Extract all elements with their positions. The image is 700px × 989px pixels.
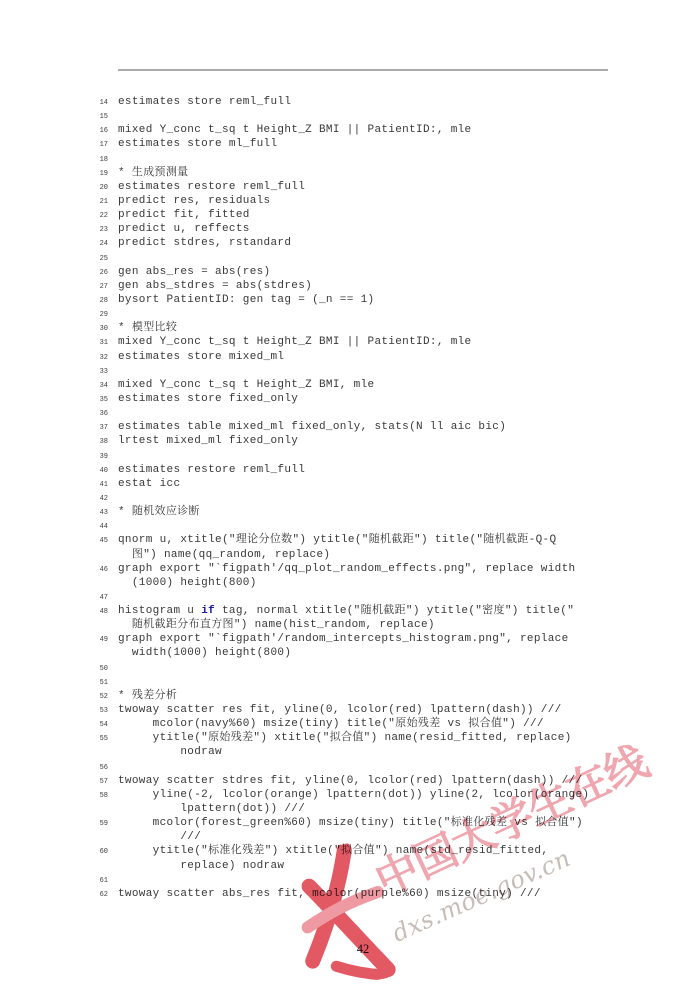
code-text: estimates restore reml_full — [118, 180, 305, 194]
code-row: 33 — [95, 364, 655, 378]
code-row: lpattern(dot)) /// — [95, 802, 655, 816]
code-row: 50 — [95, 661, 655, 675]
code-text: graph export "`figpath'/qq_plot_random_e… — [118, 562, 575, 576]
line-number: 46 — [95, 562, 108, 576]
code-text: mcolor(forest_green%60) msize(tiny) titl… — [118, 816, 583, 830]
code-row: 26gen abs_res = abs(res) — [95, 265, 655, 279]
code-text: bysort PatientID: gen tag = (_n == 1) — [118, 293, 374, 307]
line-number: 44 — [95, 519, 108, 533]
code-row: 49graph export "`figpath'/random_interce… — [95, 632, 655, 646]
code-text: ytitle("标准化残差") xtitle("拟合值") name(std_r… — [118, 844, 548, 858]
line-number: 53 — [95, 703, 108, 717]
line-number — [95, 745, 108, 759]
line-number — [95, 830, 108, 844]
line-number: 42 — [95, 491, 108, 505]
code-text: predict res, residuals — [118, 194, 270, 208]
code-row: 46graph export "`figpath'/qq_plot_random… — [95, 562, 655, 576]
code-text: /// — [118, 830, 201, 844]
line-number: 33 — [95, 364, 108, 378]
code-text: nodraw — [118, 745, 222, 759]
code-row: /// — [95, 830, 655, 844]
code-row: 34mixed Y_conc t_sq t Height_Z BMI, mle — [95, 378, 655, 392]
line-number: 37 — [95, 420, 108, 434]
line-number: 60 — [95, 844, 108, 858]
code-row: 14estimates store reml_full — [95, 95, 655, 109]
code-row: 52* 残差分析 — [95, 689, 655, 703]
code-text: mcolor(navy%60) msize(tiny) title("原始残差 … — [118, 717, 544, 731]
code-row: 24predict stdres, rstandard — [95, 236, 655, 250]
code-row: 53twoway scatter res fit, yline(0, lcolo… — [95, 703, 655, 717]
code-text: twoway scatter abs_res fit, mcolor(purpl… — [118, 887, 541, 901]
line-number: 61 — [95, 873, 108, 887]
code-text: twoway scatter stdres fit, yline(0, lcol… — [118, 774, 582, 788]
line-number: 16 — [95, 123, 108, 137]
code-row: 40estimates restore reml_full — [95, 463, 655, 477]
code-row: 57twoway scatter stdres fit, yline(0, lc… — [95, 774, 655, 788]
code-row: 29 — [95, 307, 655, 321]
code-text: 图") name(qq_random, replace) — [118, 548, 330, 562]
code-text: estimates table mixed_ml fixed_only, sta… — [118, 420, 506, 434]
code-text: replace) nodraw — [118, 859, 284, 873]
code-row: replace) nodraw — [95, 859, 655, 873]
code-row: 58 yline(-2, lcolor(orange) lpattern(dot… — [95, 788, 655, 802]
line-number: 32 — [95, 350, 108, 364]
line-number: 38 — [95, 434, 108, 448]
code-text: estimates store ml_full — [118, 137, 277, 151]
code-row: 21predict res, residuals — [95, 194, 655, 208]
line-number: 26 — [95, 265, 108, 279]
line-number — [95, 548, 108, 562]
code-text: estimates store fixed_only — [118, 392, 298, 406]
header-rule — [118, 69, 608, 71]
code-row: 19* 生成预测量 — [95, 166, 655, 180]
code-text: estimates store mixed_ml — [118, 350, 284, 364]
code-text: estimates restore reml_full — [118, 463, 305, 477]
line-number: 40 — [95, 463, 108, 477]
code-text: mixed Y_conc t_sq t Height_Z BMI || Pati… — [118, 123, 471, 137]
line-number: 34 — [95, 378, 108, 392]
code-text: * 随机效应诊断 — [118, 505, 200, 519]
code-row: 55 ytitle("原始残差") xtitle("拟合值") name(res… — [95, 731, 655, 745]
line-number: 45 — [95, 533, 108, 547]
code-row: 35estimates store fixed_only — [95, 392, 655, 406]
code-row: 32estimates store mixed_ml — [95, 350, 655, 364]
line-number: 25 — [95, 251, 108, 265]
code-row: 48histogram u if tag, normal xtitle("随机截… — [95, 604, 655, 618]
line-number: 28 — [95, 293, 108, 307]
line-number: 51 — [95, 675, 108, 689]
code-text: 随机截距分布直方图") name(hist_random, replace) — [118, 618, 435, 632]
code-row: 27gen abs_stdres = abs(stdres) — [95, 279, 655, 293]
page-number: 42 — [118, 942, 608, 957]
code-text: ytitle("原始残差") xtitle("拟合值") name(resid_… — [118, 731, 572, 745]
code-row: 42 — [95, 491, 655, 505]
line-number: 29 — [95, 307, 108, 321]
line-number — [95, 802, 108, 816]
code-row: 61 — [95, 873, 655, 887]
code-row: 15 — [95, 109, 655, 123]
code-row: (1000) height(800) — [95, 576, 655, 590]
code-text: * 模型比较 — [118, 321, 177, 335]
code-text: predict u, reffects — [118, 222, 250, 236]
code-listing: 14estimates store reml_full1516mixed Y_c… — [95, 95, 655, 901]
code-text: qnorm u, xtitle("理论分位数") ytitle("随机截距") … — [118, 533, 556, 547]
line-number — [95, 576, 108, 590]
line-number: 49 — [95, 632, 108, 646]
line-number: 54 — [95, 717, 108, 731]
stata-keyword: if — [201, 605, 215, 617]
code-text: * 生成预测量 — [118, 166, 189, 180]
line-number: 62 — [95, 887, 108, 901]
line-number — [95, 618, 108, 632]
line-number: 19 — [95, 166, 108, 180]
line-number: 41 — [95, 477, 108, 491]
line-number: 17 — [95, 137, 108, 151]
line-number: 27 — [95, 279, 108, 293]
code-row: 56 — [95, 760, 655, 774]
code-row: 17estimates store ml_full — [95, 137, 655, 151]
code-row: 22predict fit, fitted — [95, 208, 655, 222]
code-row: 18 — [95, 152, 655, 166]
line-number: 22 — [95, 208, 108, 222]
line-number: 36 — [95, 406, 108, 420]
line-number: 55 — [95, 731, 108, 745]
line-number: 23 — [95, 222, 108, 236]
code-row: 44 — [95, 519, 655, 533]
line-number: 56 — [95, 760, 108, 774]
code-text: gen abs_stdres = abs(stdres) — [118, 279, 312, 293]
code-text: (1000) height(800) — [118, 576, 257, 590]
code-text: predict fit, fitted — [118, 208, 250, 222]
code-text: graph export "`figpath'/random_intercept… — [118, 632, 569, 646]
code-row: 45qnorm u, xtitle("理论分位数") ytitle("随机截距"… — [95, 533, 655, 547]
code-row: 28bysort PatientID: gen tag = (_n == 1) — [95, 293, 655, 307]
code-row: 20estimates restore reml_full — [95, 180, 655, 194]
line-number: 57 — [95, 774, 108, 788]
document-page: { "page": { "number": "42" }, "watermark… — [0, 0, 700, 989]
line-number: 58 — [95, 788, 108, 802]
code-row: 43* 随机效应诊断 — [95, 505, 655, 519]
code-row: 47 — [95, 590, 655, 604]
code-text: estimates store reml_full — [118, 95, 291, 109]
code-text: yline(-2, lcolor(orange) lpattern(dot)) … — [118, 788, 589, 802]
code-row: width(1000) height(800) — [95, 646, 655, 660]
code-row: 图") name(qq_random, replace) — [95, 548, 655, 562]
line-number: 43 — [95, 505, 108, 519]
code-row: 随机截距分布直方图") name(hist_random, replace) — [95, 618, 655, 632]
line-number — [95, 859, 108, 873]
code-text: * 残差分析 — [118, 689, 177, 703]
code-row: 16mixed Y_conc t_sq t Height_Z BMI || Pa… — [95, 123, 655, 137]
code-text: lrtest mixed_ml fixed_only — [118, 434, 298, 448]
line-number: 20 — [95, 180, 108, 194]
code-text: estat icc — [118, 477, 180, 491]
code-text: gen abs_res = abs(res) — [118, 265, 270, 279]
line-number: 35 — [95, 392, 108, 406]
code-row: 31mixed Y_conc t_sq t Height_Z BMI || Pa… — [95, 335, 655, 349]
line-number: 47 — [95, 590, 108, 604]
code-row: 37estimates table mixed_ml fixed_only, s… — [95, 420, 655, 434]
line-number: 15 — [95, 109, 108, 123]
line-number: 52 — [95, 689, 108, 703]
line-number: 24 — [95, 236, 108, 250]
code-row: 36 — [95, 406, 655, 420]
code-text: mixed Y_conc t_sq t Height_Z BMI || Pati… — [118, 335, 471, 349]
code-text: predict stdres, rstandard — [118, 236, 291, 250]
code-text: lpattern(dot)) /// — [118, 802, 305, 816]
code-row: 59 mcolor(forest_green%60) msize(tiny) t… — [95, 816, 655, 830]
code-row: 23predict u, reffects — [95, 222, 655, 236]
code-row: 51 — [95, 675, 655, 689]
code-text: width(1000) height(800) — [118, 646, 291, 660]
code-text: histogram u if tag, normal xtitle("随机截距"… — [118, 604, 574, 618]
code-row: 38lrtest mixed_ml fixed_only — [95, 434, 655, 448]
code-text: mixed Y_conc t_sq t Height_Z BMI, mle — [118, 378, 374, 392]
line-number: 48 — [95, 604, 108, 618]
code-row: 60 ytitle("标准化残差") xtitle("拟合值") name(st… — [95, 844, 655, 858]
code-row: 41estat icc — [95, 477, 655, 491]
line-number: 14 — [95, 95, 108, 109]
line-number — [95, 646, 108, 660]
line-number: 30 — [95, 321, 108, 335]
line-number: 18 — [95, 152, 108, 166]
line-number: 39 — [95, 449, 108, 463]
line-number: 50 — [95, 661, 108, 675]
code-text: twoway scatter res fit, yline(0, lcolor(… — [118, 703, 562, 717]
code-row: 39 — [95, 449, 655, 463]
code-row: 54 mcolor(navy%60) msize(tiny) title("原始… — [95, 717, 655, 731]
code-row: 30* 模型比较 — [95, 321, 655, 335]
line-number: 59 — [95, 816, 108, 830]
line-number: 31 — [95, 335, 108, 349]
line-number: 21 — [95, 194, 108, 208]
code-row: 62twoway scatter abs_res fit, mcolor(pur… — [95, 887, 655, 901]
code-row: 25 — [95, 251, 655, 265]
code-row: nodraw — [95, 745, 655, 759]
